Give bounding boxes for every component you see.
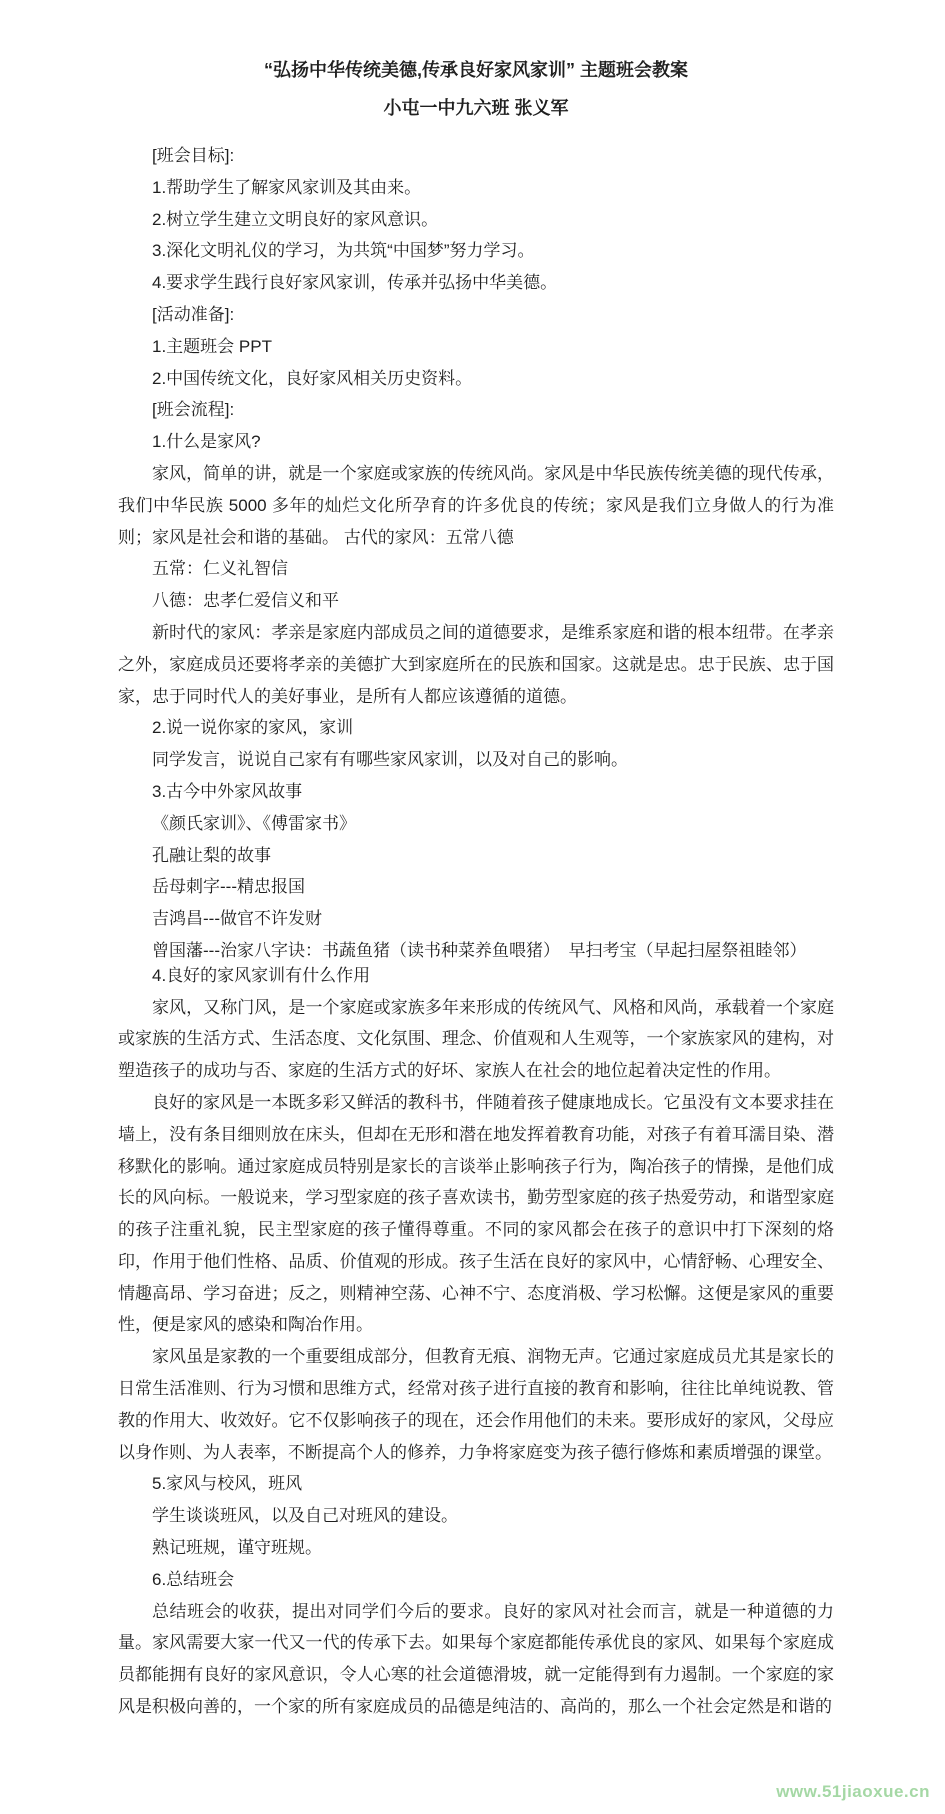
document-content: “弘扬中华传统美德,传承良好家风家训” 主题班会教案 小屯一中九六班 张义军 […	[118, 56, 834, 1723]
paragraph: 家风，又称门风，是一个家庭或家族多年来形成的传统风气、风格和风尚，承载着一个家庭…	[118, 992, 834, 1087]
paragraph: 6.总结班会	[118, 1564, 834, 1596]
paragraph: 同学发言，说说自己家有有哪些家风家训，以及对自己的影响。	[118, 744, 834, 776]
paragraph: 吉鸿昌---做官不许发财	[118, 903, 834, 935]
document-author: 小屯一中九六班 张义军	[118, 94, 834, 122]
paragraph: 熟记班规，谨守班规。	[118, 1532, 834, 1564]
paragraph: 家风虽是家教的一个重要组成部分，但教育无痕、润物无声。它通过家庭成员尤其是家长的…	[118, 1341, 834, 1468]
paragraph: 岳母刺字---精忠报国	[118, 871, 834, 903]
paragraph: 4.要求学生践行良好家风家训，传承并弘扬中华美德。	[118, 267, 834, 299]
paragraph: 新时代的家风：孝亲是家庭内部成员之间的道德要求，是维系家庭和谐的根本纽带。在孝亲…	[118, 617, 834, 712]
document-page: “弘扬中华传统美德,传承良好家风家训” 主题班会教案 小屯一中九六班 张义军 […	[0, 0, 945, 1814]
paragraph: [班会流程]:	[118, 394, 834, 426]
paragraph: 1.什么是家风?	[118, 426, 834, 458]
watermark: www.51jiaoxue.cn	[776, 1782, 930, 1802]
paragraph: 孔融让梨的故事	[118, 840, 834, 872]
paragraph: 总结班会的收获，提出对同学们今后的要求。良好的家风对社会而言，就是一种道德的力量…	[118, 1596, 834, 1723]
document-title: “弘扬中华传统美德,传承良好家风家训” 主题班会教案	[118, 56, 834, 84]
paragraph: 2.树立学生建立文明良好的家风意识。	[118, 204, 834, 236]
paragraph: 八德：忠孝仁爱信义和平	[118, 585, 834, 617]
paragraph: 家风，简单的讲，就是一个家庭或家族的传统风尚。家风是中华民族传统美德的现代传承，…	[118, 458, 834, 553]
paragraph: 《颜氏家训》、《傅雷家书》	[118, 808, 834, 840]
paragraph: [班会目标]:	[118, 140, 834, 172]
paragraph: 3.古今中外家风故事	[118, 776, 834, 808]
paragraph: 2.中国传统文化，良好家风相关历史资料。	[118, 363, 834, 395]
paragraph: 1.帮助学生了解家风家训及其由来。	[118, 172, 834, 204]
paragraph: 五常：仁义礼智信	[118, 553, 834, 585]
paragraph: 5.家风与校风，班风	[118, 1468, 834, 1500]
paragraph: 2.说一说你家的家风，家训	[118, 712, 834, 744]
paragraph: 3.深化文明礼仪的学习，为共筑“中国梦”努力学习。	[118, 235, 834, 267]
paragraph: 1.主题班会 PPT	[118, 331, 834, 363]
paragraph: [活动准备]:	[118, 299, 834, 331]
paragraph: 学生谈谈班风，以及自己对班风的建设。	[118, 1500, 834, 1532]
paragraph: 良好的家风是一本既多彩又鲜活的教科书，伴随着孩子健康地成长。它虽没有文本要求挂在…	[118, 1087, 834, 1341]
document-body: [班会目标]: 1.帮助学生了解家风家训及其由来。 2.树立学生建立文明良好的家…	[118, 140, 834, 1723]
